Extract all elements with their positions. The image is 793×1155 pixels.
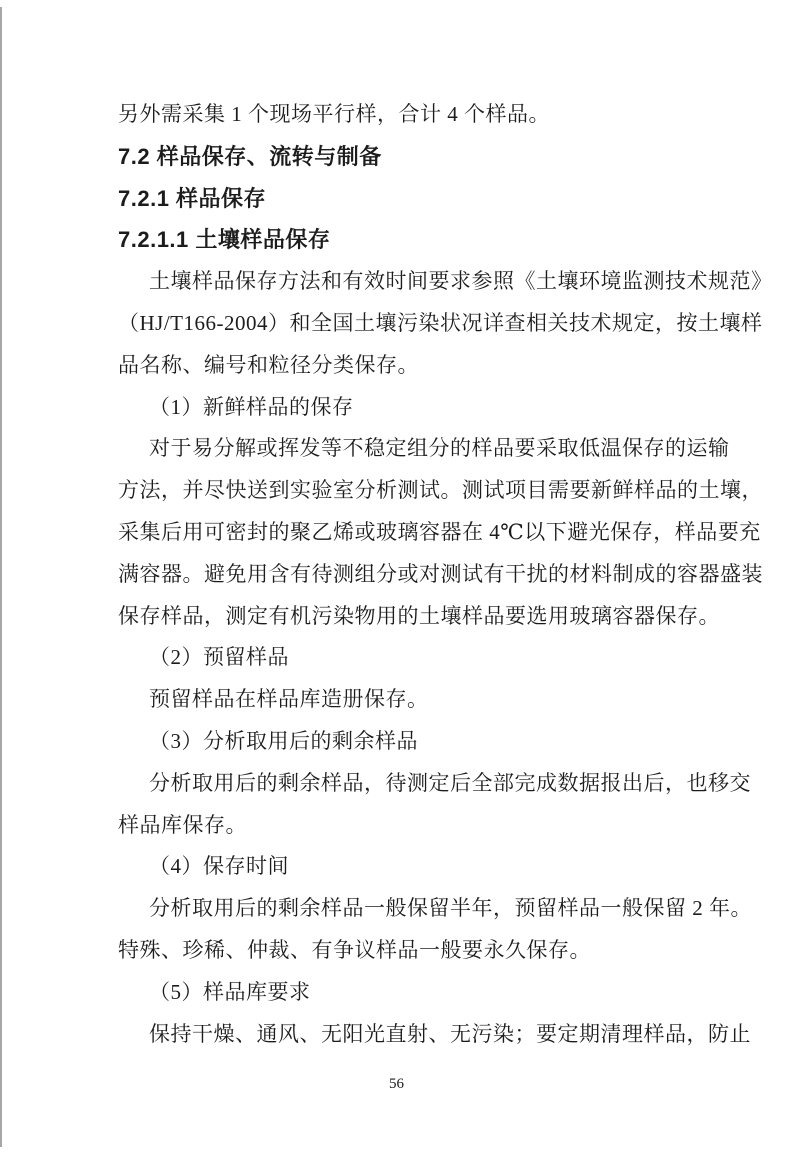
section-heading: 7.2.1 样品保存 bbox=[118, 178, 675, 220]
text-line: 保持干燥、通风、无阳光直射、无污染；要定期清理样品，防止 bbox=[118, 1014, 675, 1056]
text-line: 方法，并尽快送到实验室分析测试。测试项目需要新鲜样品的土壤， bbox=[118, 470, 675, 512]
text-line: 特殊、珍稀、仲裁、有争议样品一般要永久保存。 bbox=[118, 930, 675, 972]
text-line: 采集后用可密封的聚乙烯或玻璃容器在 4℃以下避光保存，样品要充 bbox=[118, 512, 675, 554]
section-heading: 7.2 样品保存、流转与制备 bbox=[118, 136, 675, 178]
text-line: 保存样品，测定有机污染物用的土壤样品要选用玻璃容器保存。 bbox=[118, 596, 675, 638]
text-line: （HJ/T166-2004）和全国土壤污染状况详查相关技术规定，按土壤样 bbox=[118, 303, 675, 345]
text-line: 预留样品在样品库造册保存。 bbox=[118, 679, 675, 721]
document-content: 另外需采集 1 个现场平行样，合计 4 个样品。7.2 样品保存、流转与制备7.… bbox=[118, 94, 675, 1055]
text-line: 分析取用后的剩余样品一般保留半年，预留样品一般保留 2 年。 bbox=[118, 888, 675, 930]
text-line: （4）保存时间 bbox=[118, 846, 675, 888]
document-page: 另外需采集 1 个现场平行样，合计 4 个样品。7.2 样品保存、流转与制备7.… bbox=[0, 0, 793, 1155]
text-line: （2）预留样品 bbox=[118, 637, 675, 679]
page-number: 56 bbox=[0, 1076, 793, 1093]
text-line: 品名称、编号和粒径分类保存。 bbox=[118, 345, 675, 387]
text-line: 分析取用后的剩余样品，待测定后全部完成数据报出后，也移交 bbox=[118, 763, 675, 805]
text-line: 样品库保存。 bbox=[118, 805, 675, 847]
text-line: （1）新鲜样品的保存 bbox=[118, 387, 675, 429]
text-line: （5）样品库要求 bbox=[118, 972, 675, 1014]
text-line: 对于易分解或挥发等不稳定组分的样品要采取低温保存的运输 bbox=[118, 428, 675, 470]
text-line: （3）分析取用后的剩余样品 bbox=[118, 721, 675, 763]
section-heading: 7.2.1.1 土壤样品保存 bbox=[118, 219, 675, 261]
text-line: 土壤样品保存方法和有效时间要求参照《土壤环境监测技术规范》 bbox=[118, 261, 675, 303]
page-edge-line bbox=[0, 7, 2, 1147]
text-line: 另外需采集 1 个现场平行样，合计 4 个样品。 bbox=[118, 94, 675, 136]
text-line: 满容器。避免用含有待测组分或对测试有干扰的材料制成的容器盛装 bbox=[118, 554, 675, 596]
